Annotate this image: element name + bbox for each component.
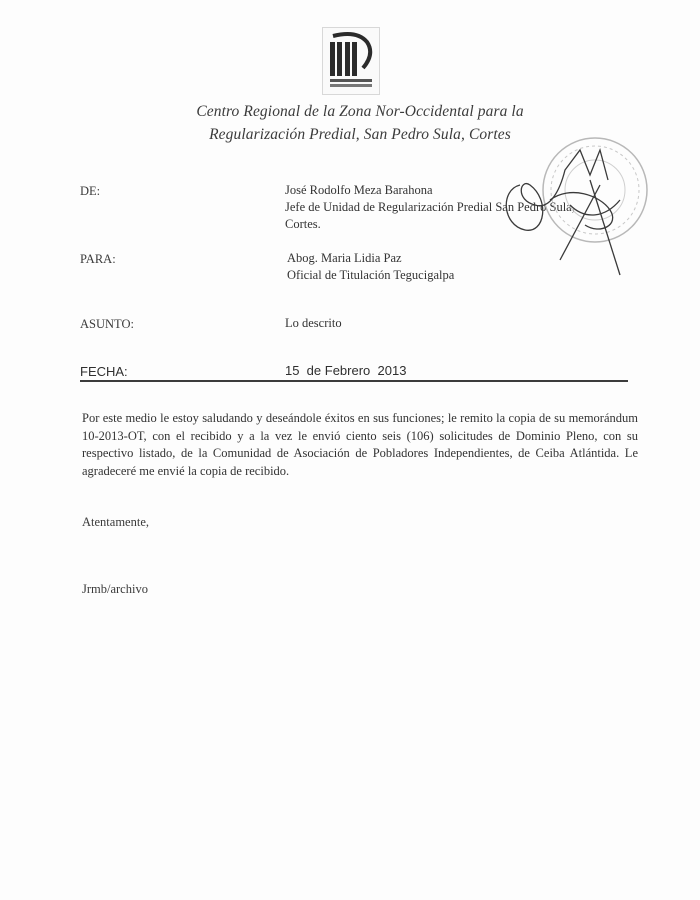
to-block: Abog. Maria Lidia Paz Oficial de Titulac… xyxy=(287,250,454,284)
to-name: Abog. Maria Lidia Paz xyxy=(287,250,454,267)
from-name: José Rodolfo Meza Barahona xyxy=(285,182,575,199)
to-position: Oficial de Titulación Tegucigalpa xyxy=(287,267,454,284)
date-label: FECHA: xyxy=(80,364,128,379)
letter-body: Por este medio le estoy saludando y dese… xyxy=(82,410,638,480)
institution-logo-icon xyxy=(322,27,380,95)
from-position-line2: Cortes. xyxy=(285,216,575,233)
date-value: 15 de Febrero 2013 xyxy=(285,362,406,379)
to-label: PARA: xyxy=(80,252,116,267)
subject-value: Lo descrito xyxy=(285,315,342,332)
letterhead-title-line1: Centro Regional de la Zona Nor-Occidenta… xyxy=(150,103,570,121)
from-label: DE: xyxy=(80,184,100,199)
reference-initials: Jrmb/archivo xyxy=(82,582,148,597)
from-block: José Rodolfo Meza Barahona Jefe de Unida… xyxy=(285,182,575,233)
from-position-line1: Jefe de Unidad de Regularización Predial… xyxy=(285,199,575,216)
closing-salutation: Atentamente, xyxy=(82,515,149,530)
scanned-document-page: Centro Regional de la Zona Nor-Occidenta… xyxy=(0,0,700,900)
header-divider xyxy=(80,380,628,382)
subject-label: ASUNTO: xyxy=(80,317,134,332)
letterhead-title-line2: Regularización Predial, San Pedro Sula, … xyxy=(150,126,570,144)
